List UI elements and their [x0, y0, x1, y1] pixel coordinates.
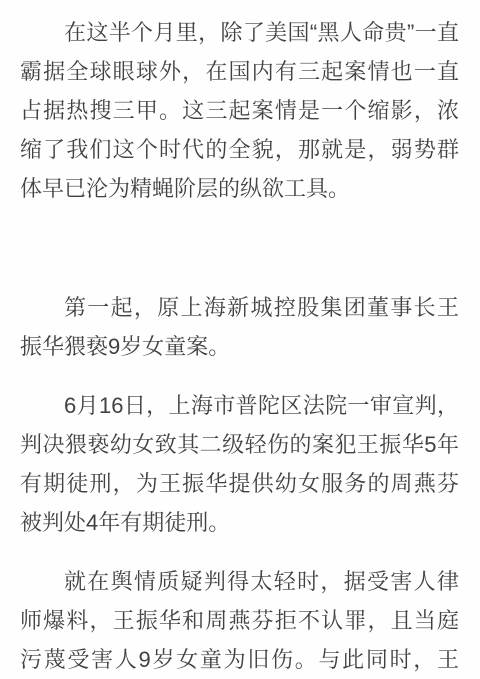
paragraph-3: 6月16日，上海市普陀区法院一审宣判，判决猥亵幼女致其二级轻伤的案犯王振华5年有…	[20, 386, 459, 542]
paragraph-2: 第一起，原上海新城控股集团董事长王振华猥亵9岁女童案。	[20, 288, 459, 366]
paragraph-gap	[20, 228, 459, 288]
paragraph-4: 就在舆情质疑判得太轻时，据受害人律师爆料，王振华和周燕芬拒不认罪，且当庭污蔑受害…	[20, 562, 459, 679]
article-body: 在这半个月里，除了美国“黑人命贵”一直霸据全球眼球外，在国内有三起案情也一直占据…	[0, 0, 480, 679]
paragraph-1: 在这半个月里，除了美国“黑人命贵”一直霸据全球眼球外，在国内有三起案情也一直占据…	[20, 13, 459, 208]
